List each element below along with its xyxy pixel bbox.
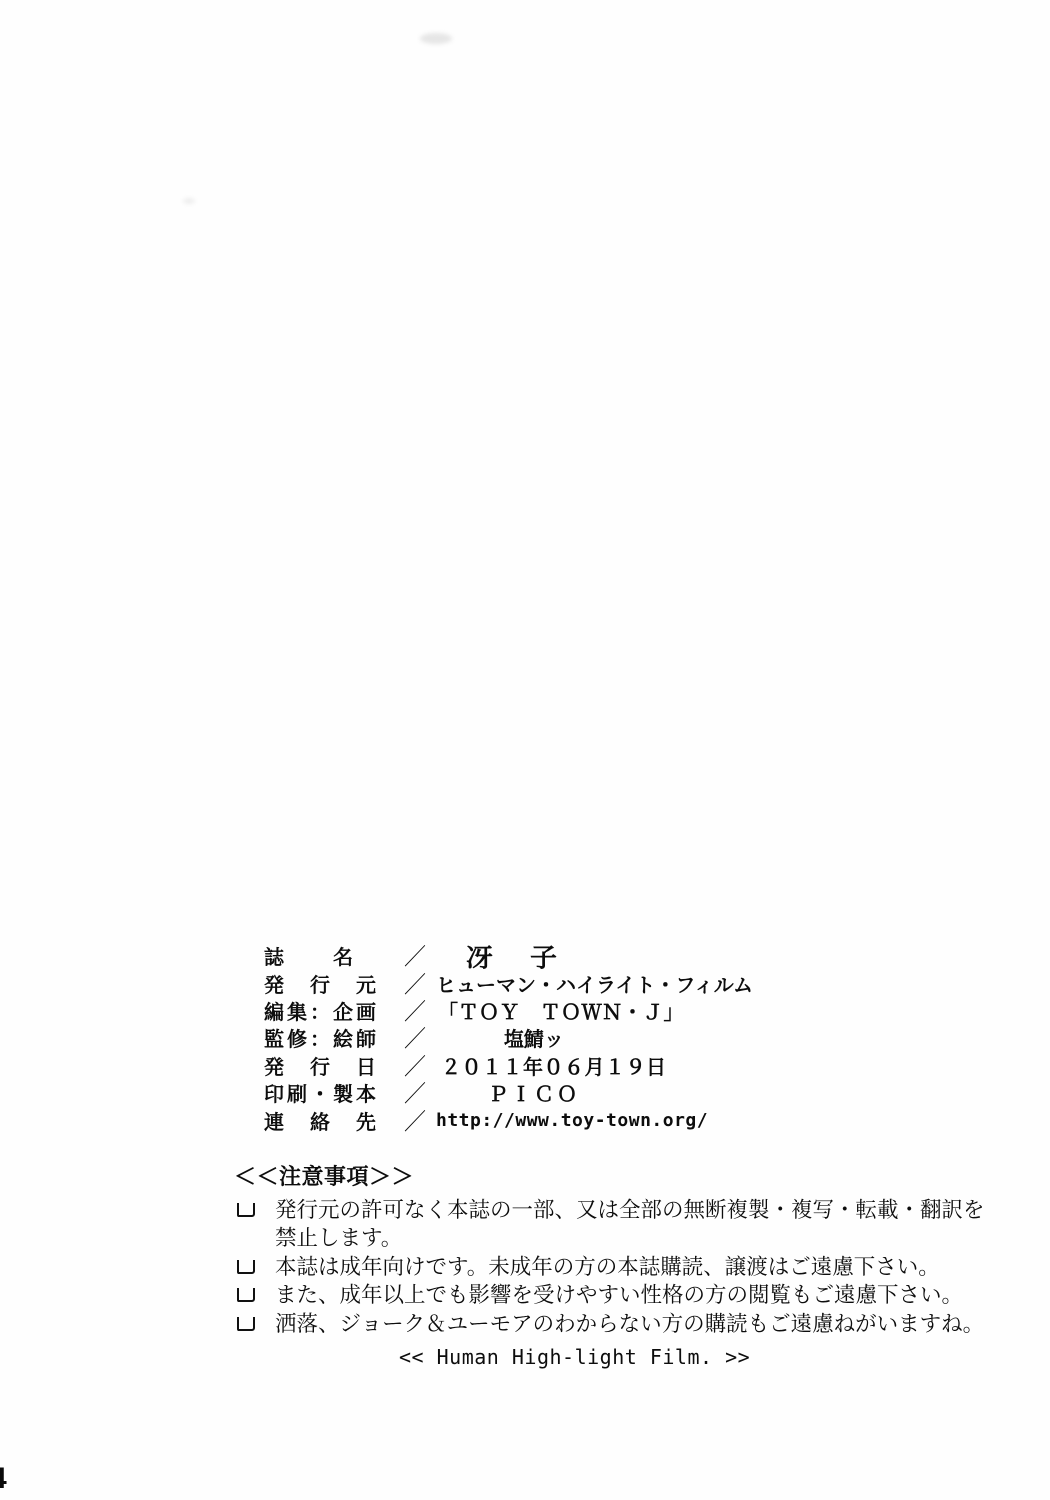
open-box-bullet-icon xyxy=(237,1317,255,1331)
printer-name: ＰＩＣＯ xyxy=(488,1078,580,1107)
notice-text: また、成年以上でも影響を受けやすい性格の方の閲覧もご遠慮下さい。 xyxy=(275,1281,991,1309)
colophon-label: 連 絡 先 xyxy=(264,1106,394,1135)
open-box-bullet-icon xyxy=(237,1260,255,1274)
notice-text: 洒落、ジョーク＆ユーモアのわからない方の購読もご遠慮ねがいますね。 xyxy=(275,1310,991,1338)
open-box-bullet-icon xyxy=(237,1288,255,1302)
scan-smudge xyxy=(183,198,195,204)
colophon-label: 印刷・製本 xyxy=(264,1078,394,1107)
footer-credit: << Human High-light Film. >> xyxy=(399,1345,750,1369)
publication-date: ２０１１年０６月１９日 xyxy=(441,1051,667,1080)
scanned-colophon-page: 誌 名 ／ 冴 子 発 行 元 ／ ヒューマン・ハイライト・フィルム 編集：企画… xyxy=(0,0,1050,1500)
colophon-label: 監修：絵師 xyxy=(264,1023,394,1052)
notices-heading: ＜＜注意事項＞＞ xyxy=(234,1160,1014,1191)
colophon-table: 誌 名 ／ 冴 子 発 行 元 ／ ヒューマン・ハイライト・フィルム 編集：企画… xyxy=(264,942,753,1134)
notice-item: 発行元の許可なく本誌の一部、又は全部の無断複製・複写・転載・翻訳を禁止します。 xyxy=(234,1196,1014,1253)
colophon-row-printing: 印刷・製本 ／ ＰＩＣＯ xyxy=(264,1079,753,1106)
page-number: 4 xyxy=(0,1462,7,1496)
scan-smudge xyxy=(420,33,452,44)
notice-item: また、成年以上でも影響を受けやすい性格の方の閲覧もご遠慮下さい。 xyxy=(234,1281,1014,1309)
book-title: 冴 子 xyxy=(466,937,562,974)
colophon-row-date: 発 行 日 ／ ２０１１年０６月１９日 xyxy=(264,1052,753,1079)
slash-separator: ／ xyxy=(394,1104,436,1137)
colophon-label: 誌 名 xyxy=(264,941,394,970)
notice-item: 洒落、ジョーク＆ユーモアのわからない方の購読もご遠慮ねがいますね。 xyxy=(234,1310,1014,1338)
colophon-row-title: 誌 名 ／ 冴 子 xyxy=(264,942,753,969)
colophon-label: 編集：企画 xyxy=(264,996,394,1025)
colophon-label: 発 行 元 xyxy=(264,969,394,998)
open-box-bullet-icon xyxy=(237,1203,255,1217)
contact-url: http://www.toy-town.org/ xyxy=(436,1110,708,1131)
colophon-row-editing: 編集：企画 ／ 「ＴＯＹ ＴＯＷＮ・Ｊ」 xyxy=(264,997,753,1024)
colophon-row-contact: 連 絡 先 ／ http://www.toy-town.org/ xyxy=(264,1106,753,1133)
notices-section: ＜＜注意事項＞＞ 発行元の許可なく本誌の一部、又は全部の無断複製・複写・転載・翻… xyxy=(234,1160,1014,1338)
editing-group: 「ＴＯＹ ＴＯＷＮ・Ｊ」 xyxy=(438,996,684,1025)
colophon-label: 発 行 日 xyxy=(264,1051,394,1080)
artist-name: 塩鯖ッ xyxy=(504,1023,564,1052)
colophon-row-artist: 監修：絵師 ／ 塩鯖ッ xyxy=(264,1024,753,1051)
notice-text: 発行元の許可なく本誌の一部、又は全部の無断複製・複写・転載・翻訳を禁止します。 xyxy=(275,1196,991,1253)
notice-text: 本誌は成年向けです。未成年の方の本誌購読、譲渡はご遠慮下さい。 xyxy=(275,1253,991,1281)
notice-item: 本誌は成年向けです。未成年の方の本誌購読、譲渡はご遠慮下さい。 xyxy=(234,1253,1014,1281)
